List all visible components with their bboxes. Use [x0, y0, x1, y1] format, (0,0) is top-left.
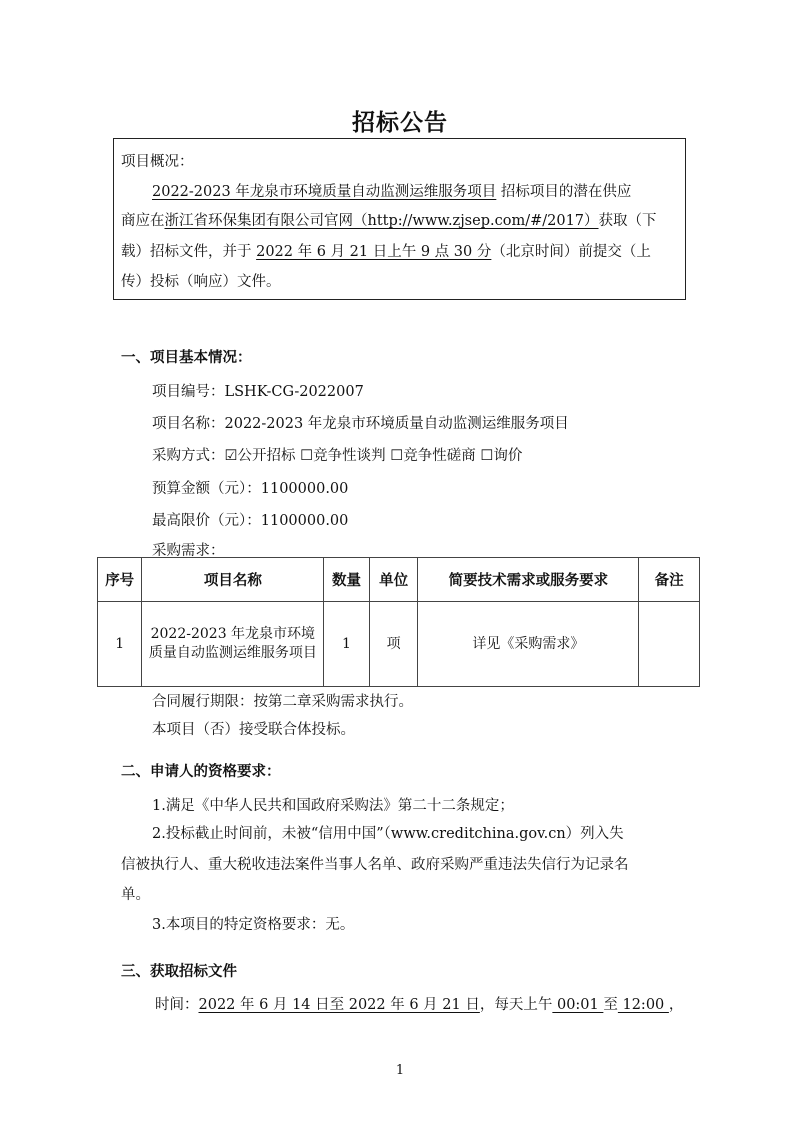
overview-text: 招标项目的潜在供应	[496, 184, 631, 200]
section2-heading: 二、申请人的资格要求：	[121, 760, 281, 781]
consortium-bid: 本项目（否）接受联合体投标。	[152, 718, 355, 739]
qualification-item-2-line3: 单。	[121, 883, 150, 904]
daily-label: ，每天上午	[480, 997, 553, 1013]
document-title: 招标公告	[0, 104, 800, 137]
overview-label: 项目概况：	[121, 150, 194, 171]
checkbox-consultation[interactable]: ☐	[390, 448, 403, 464]
requirements-table: 序号 项目名称 数量 单位 简要技术需求或服务要求 备注 1 2022-2023…	[97, 557, 700, 687]
header-remarks: 备注	[639, 558, 700, 602]
overview-project-name: 2022-2023 年龙泉市环境质量自动监测运维服务项目	[152, 184, 496, 200]
max-price: 最高限价（元）：1100000.00	[152, 509, 348, 530]
method-option-label: 公开招标	[238, 448, 296, 464]
to-label: 至	[603, 997, 618, 1013]
section1-heading: 一、项目基本情况：	[121, 346, 252, 367]
header-quantity: 数量	[324, 558, 369, 602]
checkbox-negotiation[interactable]: ☐	[300, 448, 313, 464]
cell-requirements: 详见《采购需求》	[418, 602, 639, 687]
header-index: 序号	[98, 558, 142, 602]
overview-line-2: 商应在浙江省环保集团有限公司官网（http://www.zjsep.com/#/…	[121, 209, 657, 230]
cell-quantity: 1	[324, 602, 369, 687]
overview-text: 获取（下	[599, 213, 657, 229]
overview-deadline: 2022 年 6 月 21 日上午 9 点 30 分	[256, 244, 491, 260]
budget-amount: 预算金额（元）：1100000.00	[152, 477, 348, 498]
header-requirements: 简要技术需求或服务要求	[418, 558, 639, 602]
contract-period: 合同履行期限：按第二章采购需求执行。	[152, 690, 413, 711]
overview-website-link[interactable]: 浙江省环保集团有限公司官网（http://www.zjsep.com/#/201…	[165, 213, 599, 229]
time-label: 时间：	[155, 997, 199, 1013]
end-time: 12:00	[618, 997, 669, 1013]
acquisition-time: 时间：2022 年 6 月 14 日至 2022 年 6 月 21 日，每天上午…	[155, 993, 683, 1014]
section3-heading: 三、获取招标文件	[121, 960, 237, 981]
cell-index: 1	[98, 602, 142, 687]
qualification-item-2-line2: 信被执行人、重大税收违法案件当事人名单、政府采购严重违法失信行为记录名	[121, 853, 629, 874]
qualification-item-3: 3.本项目的特定资格要求：无。	[152, 913, 354, 934]
header-unit: 单位	[369, 558, 418, 602]
method-option-label: 询价	[493, 448, 522, 464]
punctuation: ，	[669, 997, 684, 1013]
method-option-label: 竞争性谈判	[313, 448, 386, 464]
overview-line-3: 载）招标文件，并于 2022 年 6 月 21 日上午 9 点 30 分（北京时…	[121, 240, 651, 261]
start-time: 00:01	[552, 997, 603, 1013]
cell-item-name: 2022-2023 年龙泉市环境质量自动监测运维服务项目	[142, 602, 324, 687]
project-number: 项目编号：LSHK-CG-2022007	[152, 380, 364, 401]
header-item-name: 项目名称	[142, 558, 324, 602]
table-row: 1 2022-2023 年龙泉市环境质量自动监测运维服务项目 1 项 详见《采购…	[98, 602, 700, 687]
overview-line-4: 传）投标（响应）文件。	[121, 270, 281, 291]
method-label: 采购方式：	[152, 448, 225, 464]
overview-text: （北京时间）前提交（上	[491, 244, 651, 260]
overview-text: 商应在	[121, 213, 165, 229]
overview-line-1: 2022-2023 年龙泉市环境质量自动监测运维服务项目 招标项目的潜在供应	[152, 180, 631, 201]
cell-unit: 项	[369, 602, 418, 687]
qualification-item-1: 1.满足《中华人民共和国政府采购法》第二十二条规定；	[152, 794, 514, 815]
procurement-method: 采购方式：☑公开招标 ☐竞争性谈判 ☐竞争性磋商 ☐询价	[152, 444, 522, 465]
overview-text: 载）招标文件，并于	[121, 244, 256, 260]
page-number: 1	[0, 1063, 800, 1078]
checkbox-inquiry[interactable]: ☐	[480, 448, 493, 464]
checkbox-open-tender[interactable]: ☑	[225, 448, 238, 464]
method-option-label: 竞争性磋商	[403, 448, 476, 464]
table-header-row: 序号 项目名称 数量 单位 简要技术需求或服务要求 备注	[98, 558, 700, 602]
date-range: 2022 年 6 月 14 日至 2022 年 6 月 21 日	[199, 997, 480, 1013]
qualification-item-2-line1: 2.投标截止时间前，未被“信用中国”（www.creditchina.gov.c…	[152, 822, 624, 843]
cell-remarks	[639, 602, 700, 687]
project-name: 项目名称：2022-2023 年龙泉市环境质量自动监测运维服务项目	[152, 412, 569, 433]
